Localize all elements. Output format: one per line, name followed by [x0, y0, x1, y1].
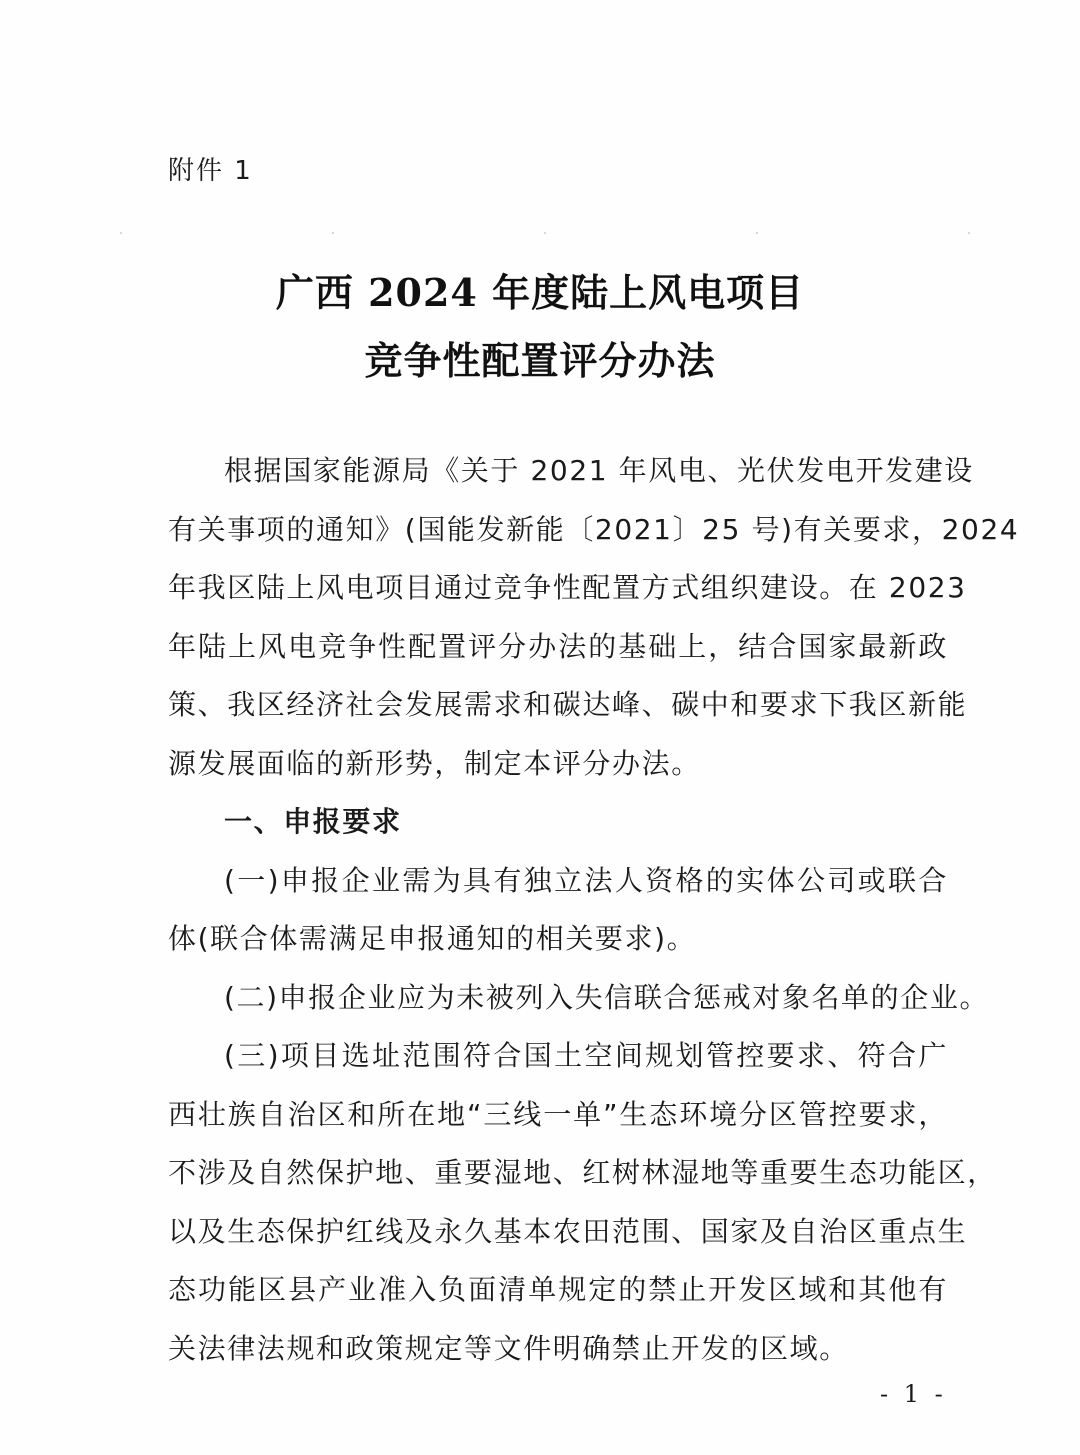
- scan-dot: [120, 232, 122, 234]
- paragraph-line: 年我区陆上风电项目通过竞争性配置方式组织建设。在 2023: [168, 559, 948, 618]
- intro-paragraph: 根据国家能源局《关于 2021 年风电、光伏发电开发建设 有关事项的通知》(国能…: [168, 442, 948, 793]
- paragraph-line: 源发展面临的新形势，制定本评分办法。: [168, 735, 948, 794]
- scan-dot: [544, 232, 546, 234]
- document-page: 附件 1 广西 2024 年度陆上风电项目 竞争性配置评分办法 根据国家能源局《…: [0, 0, 1080, 1455]
- scan-dot: [968, 232, 970, 234]
- requirement-item-2: (二)申报企业应为未被列入失信联合惩戒对象名单的企业。: [168, 969, 948, 1028]
- document-title-line-2: 竞争性配置评分办法: [0, 330, 1080, 385]
- scan-dot: [756, 232, 758, 234]
- document-title-line-1: 广西 2024 年度陆上风电项目: [0, 262, 1080, 317]
- paragraph-line: 体(联合体需满足申报通知的相关要求)。: [168, 910, 948, 969]
- paragraph-line: 态功能区县产业准入负面清单规定的禁止开发区域和其他有: [168, 1261, 948, 1320]
- paragraph-line: 以及生态保护红线及永久基本农田范围、国家及自治区重点生: [168, 1203, 948, 1262]
- paragraph-line: 年陆上风电竞争性配置评分办法的基础上，结合国家最新政: [168, 618, 948, 677]
- section-heading: 一、申报要求: [168, 793, 948, 852]
- document-body: 根据国家能源局《关于 2021 年风电、光伏发电开发建设 有关事项的通知》(国能…: [168, 442, 948, 1378]
- scan-dot: [332, 232, 334, 234]
- page-number: - 1 -: [880, 1380, 947, 1408]
- paragraph-line: 不涉及自然保护地、重要湿地、红树林湿地等重要生态功能区，: [168, 1144, 948, 1203]
- paragraph-line: 根据国家能源局《关于 2021 年风电、光伏发电开发建设: [168, 442, 948, 501]
- paragraph-line: 西壮族自治区和所在地“三线一单”生态环境分区管控要求，: [168, 1086, 948, 1145]
- paragraph-line: (二)申报企业应为未被列入失信联合惩戒对象名单的企业。: [168, 969, 948, 1028]
- paragraph-line: 关法律法规和政策规定等文件明确禁止开发的区域。: [168, 1320, 948, 1379]
- attachment-label: 附件 1: [168, 150, 253, 187]
- requirement-item-3: (三)项目选址范围符合国土空间规划管控要求、符合广 西壮族自治区和所在地“三线一…: [168, 1027, 948, 1378]
- paragraph-line: 有关事项的通知》(国能发新能〔2021〕25 号)有关要求，2024: [168, 501, 948, 560]
- requirement-item-1: (一)申报企业需为具有独立法人资格的实体公司或联合 体(联合体需满足申报通知的相…: [168, 852, 948, 969]
- paragraph-line: 策、我区经济社会发展需求和碳达峰、碳中和要求下我区新能: [168, 676, 948, 735]
- scan-artifact-dots: [120, 232, 970, 236]
- paragraph-line: (三)项目选址范围符合国土空间规划管控要求、符合广: [168, 1027, 948, 1086]
- paragraph-line: (一)申报企业需为具有独立法人资格的实体公司或联合: [168, 852, 948, 911]
